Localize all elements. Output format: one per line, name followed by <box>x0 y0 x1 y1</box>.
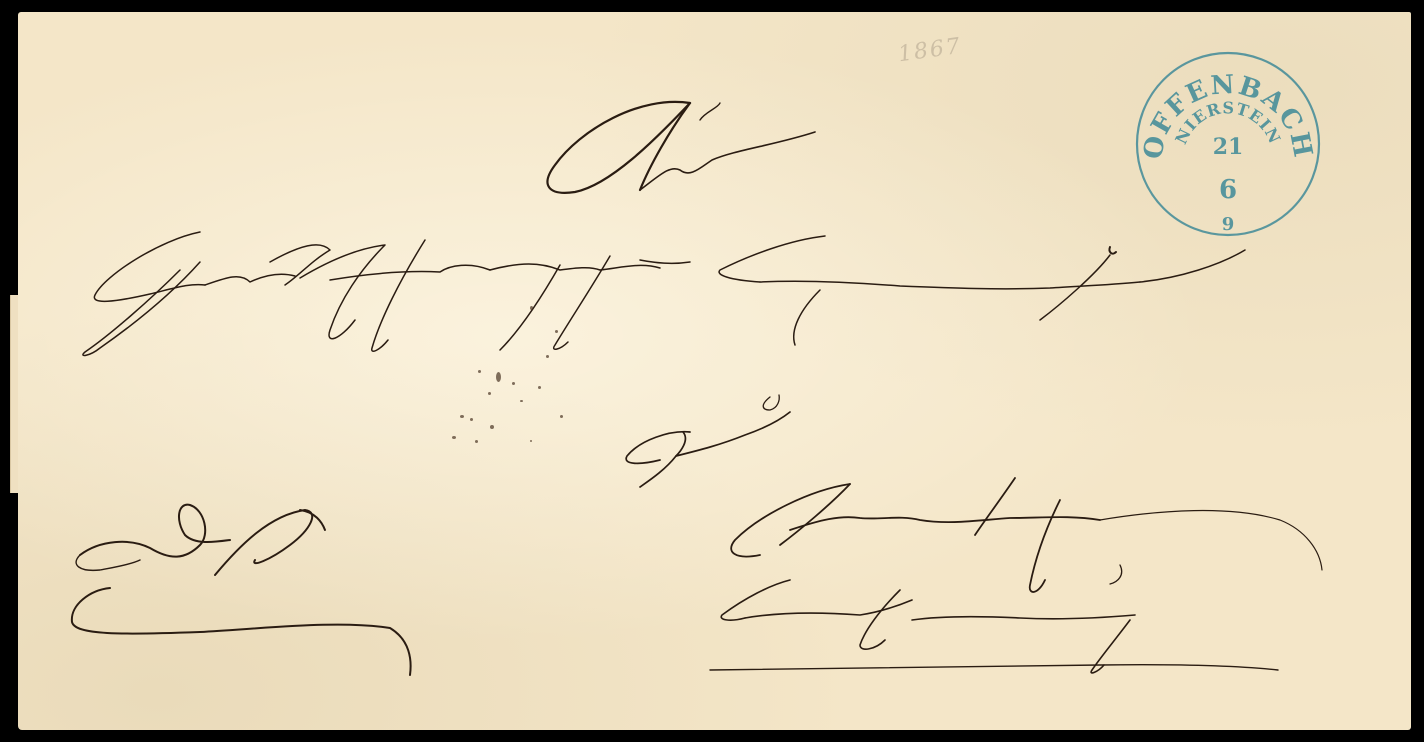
handwriting-buergermeisterei <box>719 236 1245 345</box>
handwriting-grossherzogliche <box>83 232 690 355</box>
handwriting-kreis-limburg <box>710 565 1278 673</box>
handwriting-zu <box>626 395 790 487</box>
postmark-month: 6 <box>1219 175 1237 205</box>
handwriting-mosbach <box>731 478 1322 592</box>
handwriting-endorsement <box>72 505 411 675</box>
handwriting-an <box>548 102 815 193</box>
postmark-time: 9 <box>1222 214 1235 235</box>
postmark: OFFENBACH NIERSTEIN 21 6 9 <box>1133 48 1323 240</box>
postmark-day: 21 <box>1213 134 1244 160</box>
